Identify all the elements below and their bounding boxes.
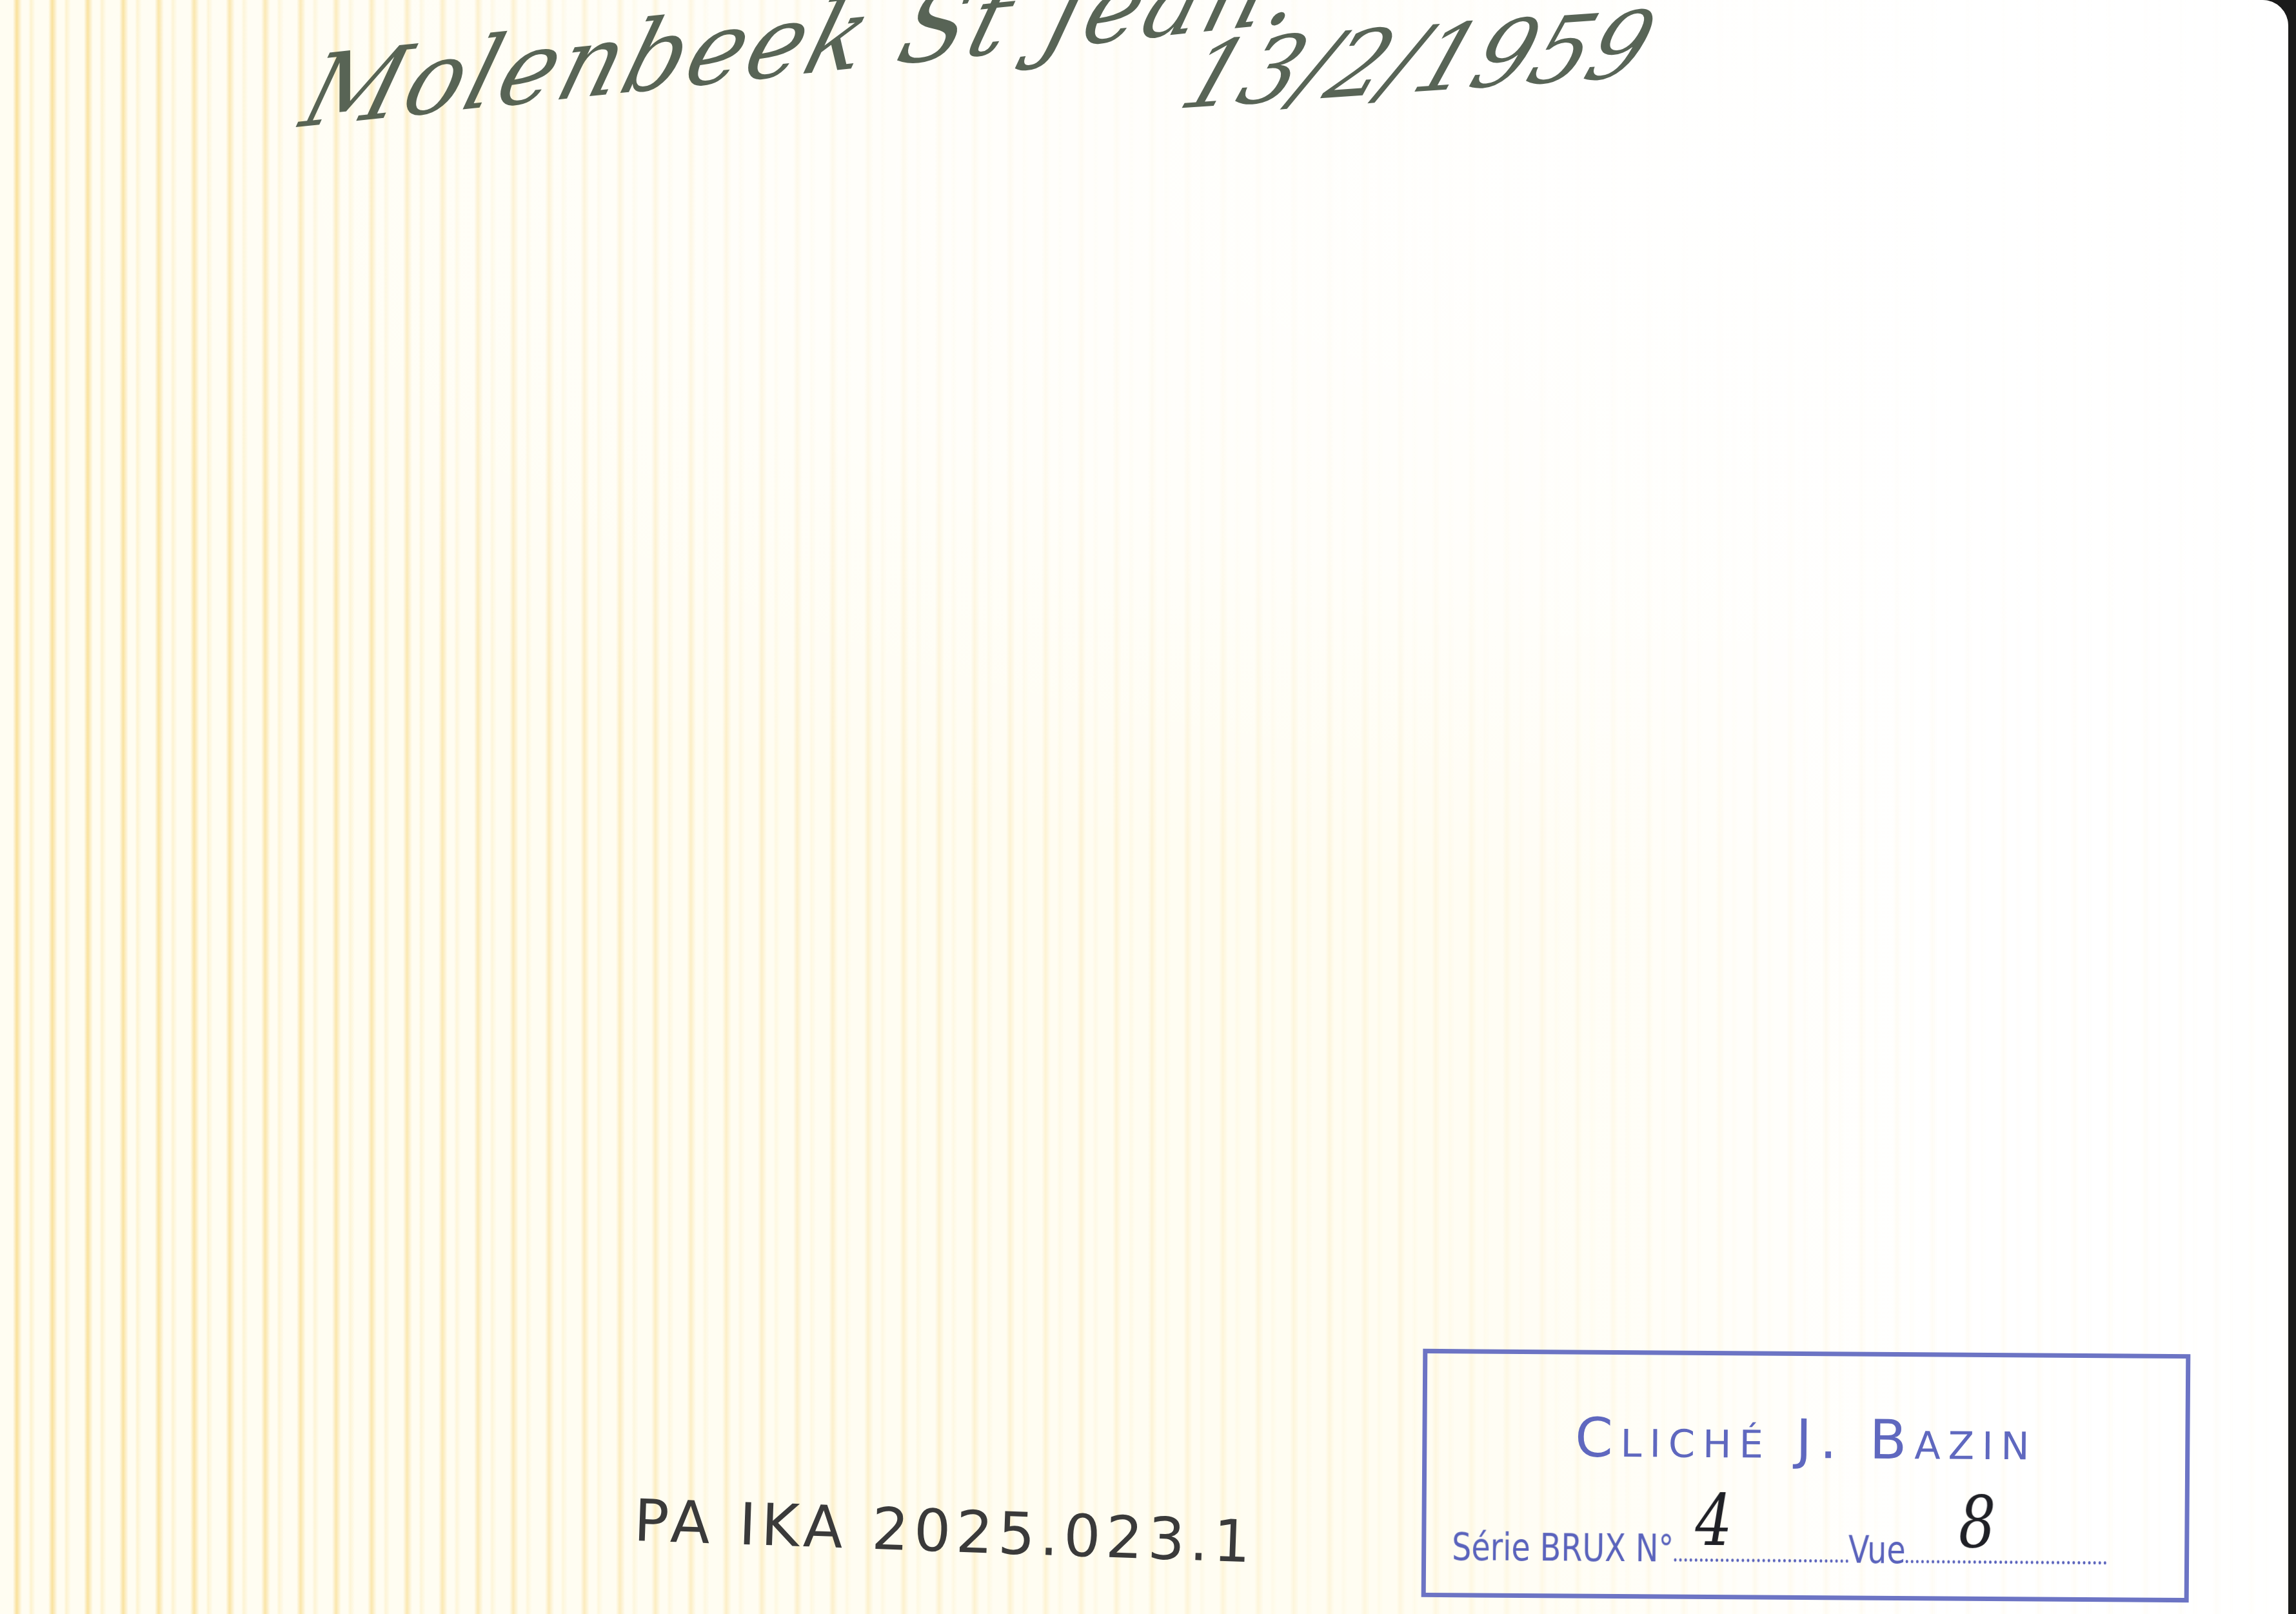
view-label: Vue (1848, 1528, 1906, 1572)
photographer-stamp: Cliché J. Bazin Série BRUX N°4Vue8 (1421, 1349, 2191, 1602)
series-label: Série BRUX N° (1452, 1525, 1674, 1570)
photo-back-card: Molenbeek St Jean. 13/2/1959 PA IKA 2025… (0, 0, 2288, 1614)
series-number-field: 4 (1674, 1513, 1848, 1563)
stamp-series-row: Série BRUX N°4Vue8 (1452, 1511, 2043, 1580)
view-number: 8 (1959, 1487, 1996, 1558)
view-number-field: 8 (1906, 1515, 2107, 1564)
series-number: 4 (1695, 1485, 1732, 1556)
stamp-title: Cliché J. Bazin (1427, 1405, 2186, 1473)
